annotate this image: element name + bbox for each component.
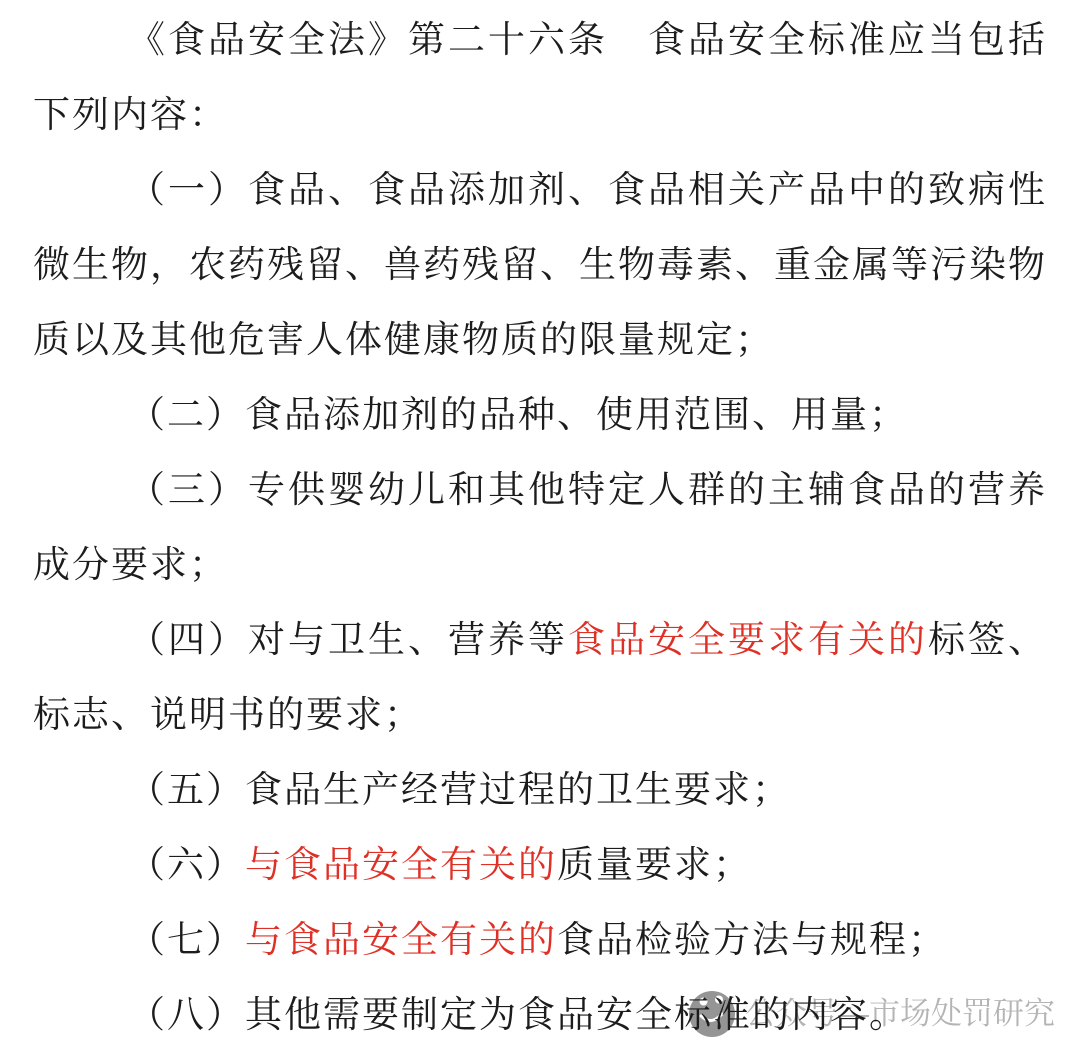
text-segment: （六）	[128, 845, 245, 886]
paragraph: （一）食品、食品添加剂、食品相关产品中的致病性微生物，农药残留、兽药残留、生物毒…	[33, 153, 1047, 378]
highlighted-text: 与食品安全有关的	[245, 920, 557, 961]
text-segment: （七）	[128, 920, 245, 961]
text-segment: （四）对与卫生、营养等	[128, 620, 568, 661]
text-segment: 质量要求；	[557, 845, 752, 886]
text-segment: （二）食品添加剂的品种、使用范围、用量；	[128, 395, 908, 436]
paragraph: （六）与食品安全有关的质量要求；	[33, 828, 1047, 903]
paragraph: （四）对与卫生、营养等食品安全要求有关的标签、标志、说明书的要求；	[33, 603, 1047, 753]
paragraph: （三）专供婴幼儿和其他特定人群的主辅食品的营养成分要求；	[33, 453, 1047, 603]
text-segment: 《食品安全法》第二十六条 食品安全标准应当包括下列内容：	[33, 20, 1047, 136]
text-segment: （一）食品、食品添加剂、食品相关产品中的致病性微生物，农药残留、兽药残留、生物毒…	[33, 170, 1047, 361]
highlighted-text: 与食品安全有关的	[245, 845, 557, 886]
paragraph: （五）食品生产经营过程的卫生要求；	[33, 753, 1047, 828]
paragraph: （八）其他需要制定为食品安全标准的内容。	[33, 978, 1047, 1053]
highlighted-text: 食品安全要求有关的	[568, 620, 928, 661]
paragraph: （二）食品添加剂的品种、使用范围、用量；	[33, 378, 1047, 453]
document-page: 公众号—市场处罚研究 《食品安全法》第二十六条 食品安全标准应当包括下列内容：（…	[0, 0, 1080, 1058]
document-body: 《食品安全法》第二十六条 食品安全标准应当包括下列内容：（一）食品、食品添加剂、…	[0, 0, 1080, 1053]
text-segment: （八）其他需要制定为食品安全标准的内容。	[128, 995, 908, 1036]
text-segment: 食品检验方法与规程；	[557, 920, 947, 961]
text-segment: （三）专供婴幼儿和其他特定人群的主辅食品的营养成分要求；	[33, 470, 1047, 586]
paragraph: （七）与食品安全有关的食品检验方法与规程；	[33, 903, 1047, 978]
text-segment: （五）食品生产经营过程的卫生要求；	[128, 770, 791, 811]
paragraph: 《食品安全法》第二十六条 食品安全标准应当包括下列内容：	[33, 3, 1047, 153]
